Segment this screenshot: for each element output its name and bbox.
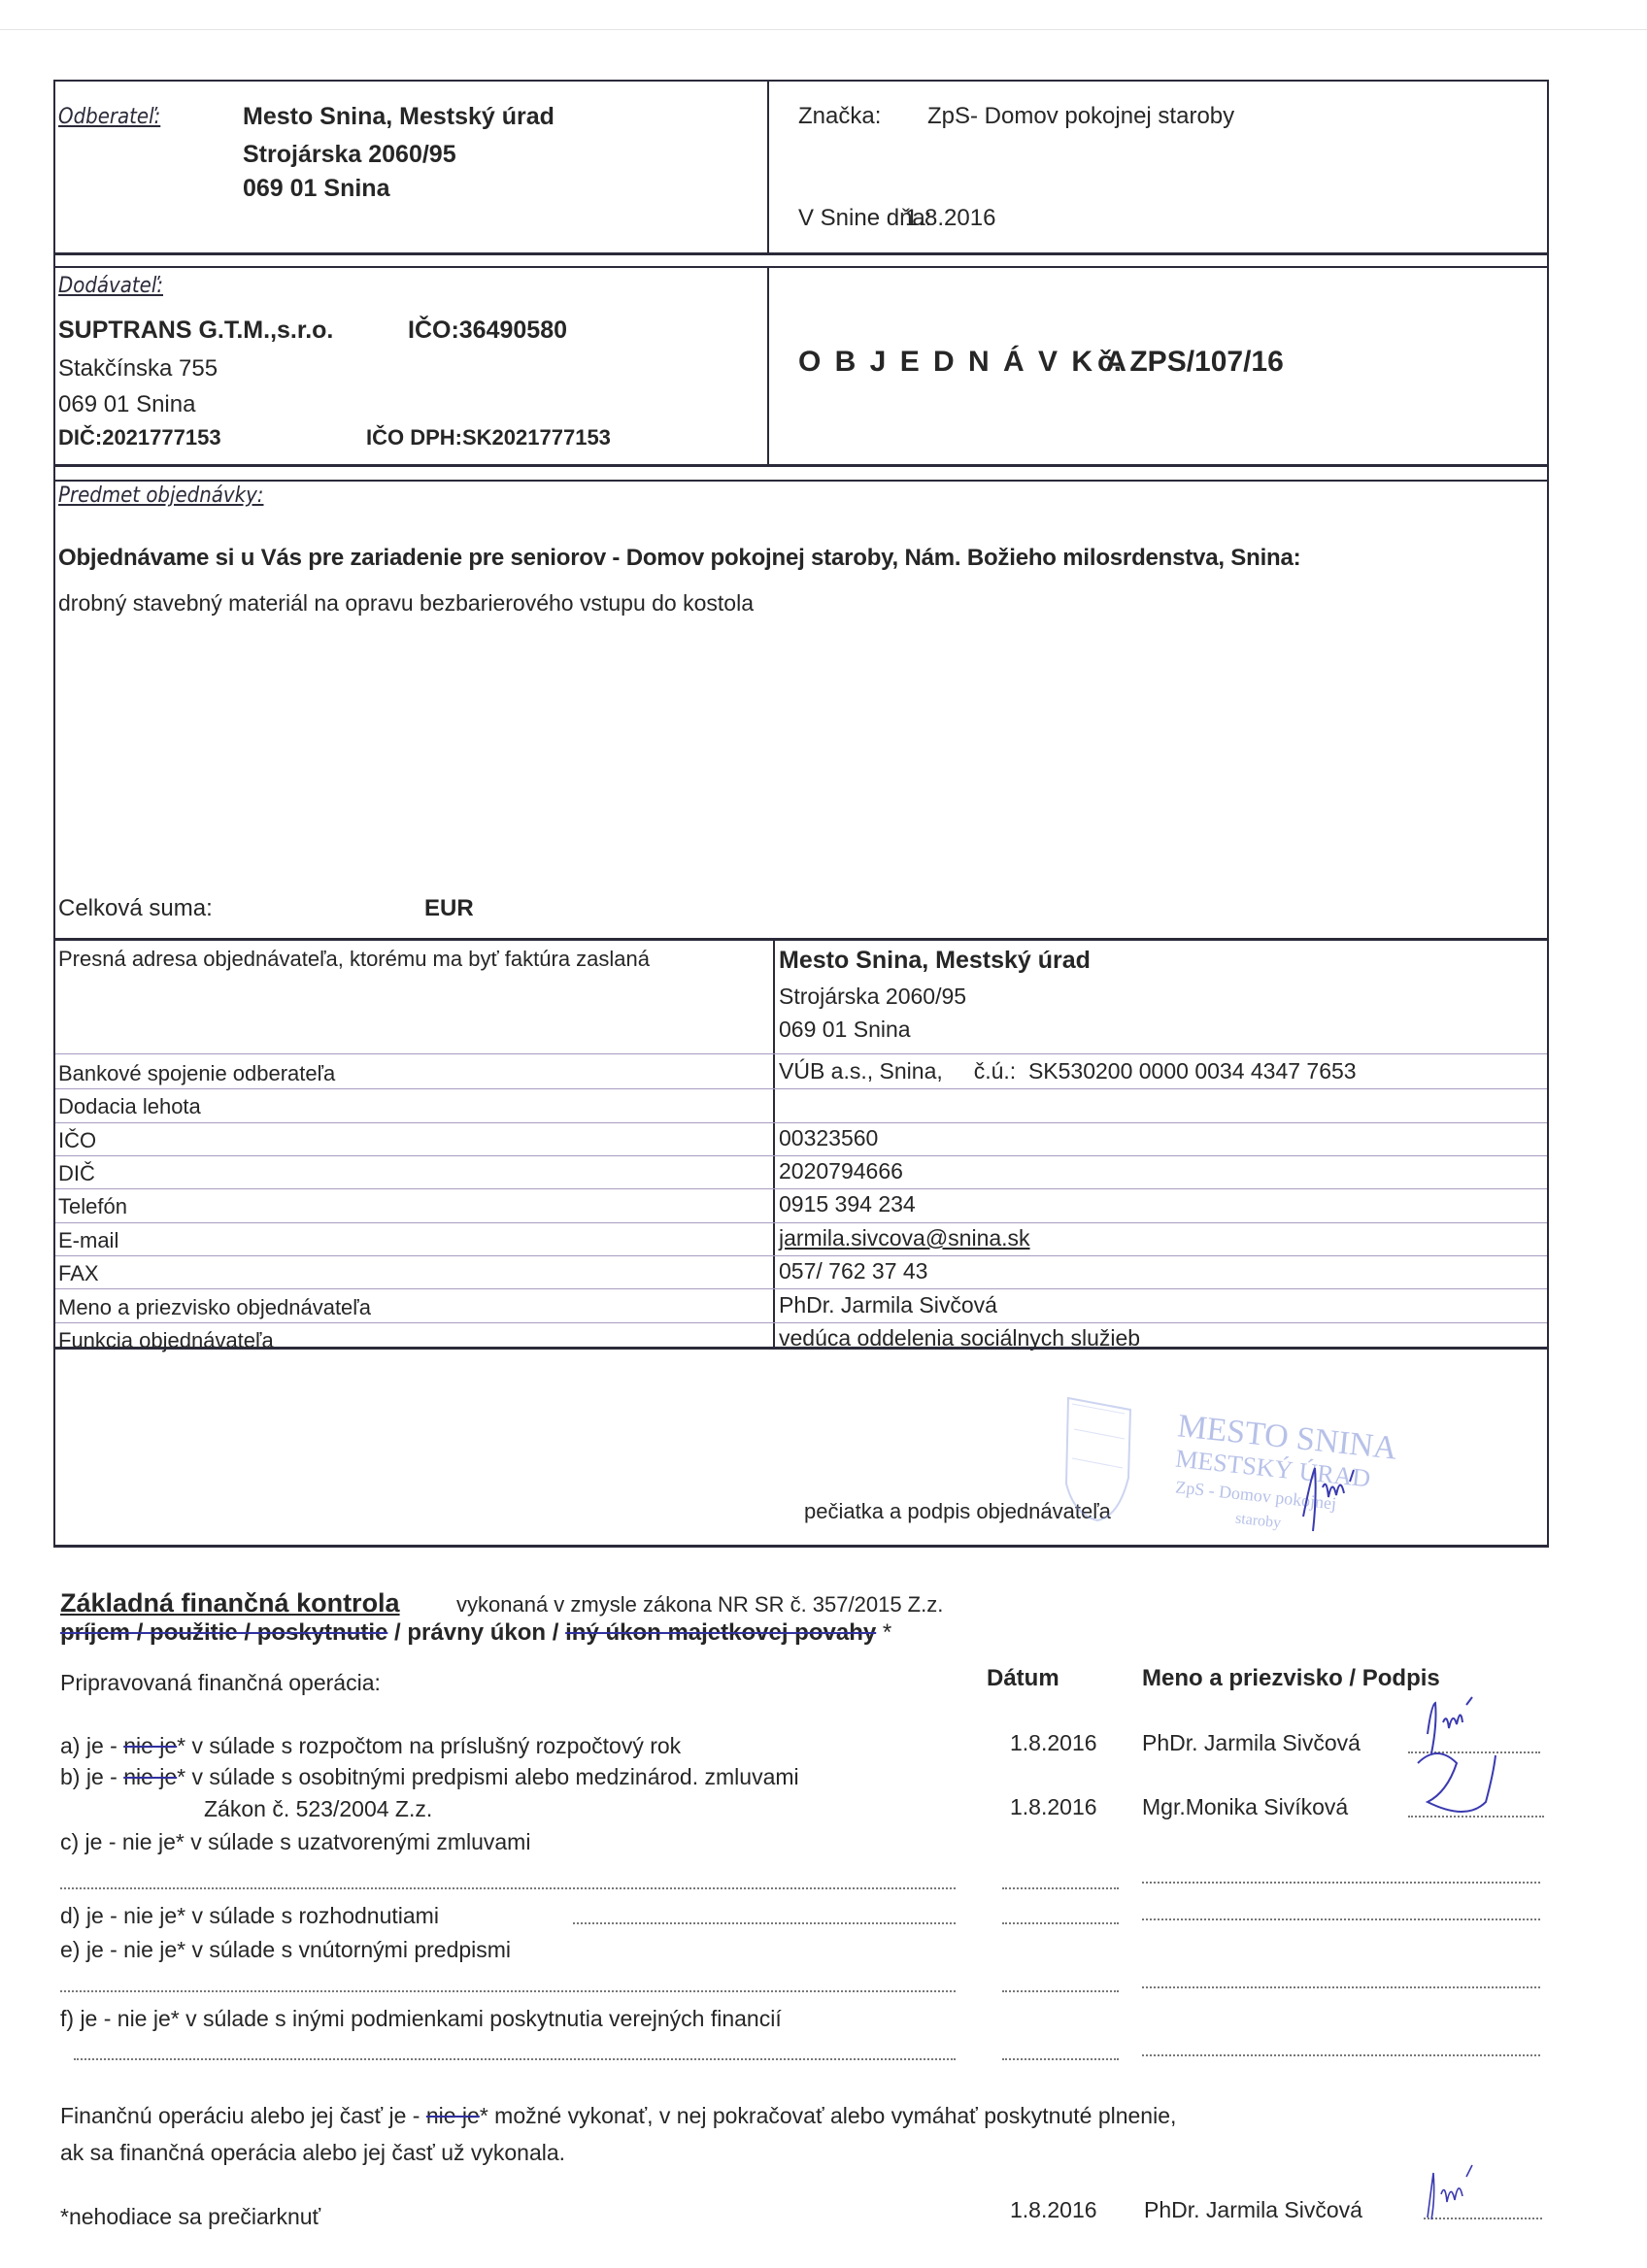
row-separator — [55, 1255, 1547, 1256]
item-e-text: * v súlade s vnútornými predpismi — [177, 1937, 511, 1962]
detail-label-email: E-mail — [58, 1228, 118, 1253]
item-e-prefix: e) je - nie je — [60, 1937, 177, 1962]
footnote: *nehodiace sa prečiarknuť — [60, 2204, 320, 2230]
item-b-subtext: Zákon č. 523/2004 Z.z. — [204, 1796, 432, 1822]
subject-top-line — [53, 480, 1549, 482]
final-struck: nie je — [426, 2103, 480, 2128]
mark-value: ZpS- Domov pokojnej staroby — [927, 103, 1234, 130]
control-title-suffix: vykonaná v zmysle zákona NR SR č. 357/20… — [456, 1592, 943, 1618]
invoice-street: Strojárska 2060/95 — [779, 984, 966, 1010]
coat-of-arms-icon — [1060, 1390, 1138, 1526]
column-header-name: Meno a priezvisko / Podpis — [1142, 1665, 1440, 1692]
item-e-signature-line[interactable] — [1142, 1986, 1540, 1988]
date-value: 1.8.2016 — [905, 205, 995, 232]
subject-intro: Objednávame si u Vás pre zariadenie pre … — [58, 545, 1300, 572]
subject-label: Predmet objednávky: — [58, 484, 263, 508]
stamp-text-line4: staroby — [1234, 1511, 1282, 1533]
row-separator — [55, 1088, 1547, 1089]
item-c-date-line[interactable] — [1002, 1887, 1119, 1889]
control-title: Základná finančná kontrola — [60, 1588, 400, 1618]
detail-value-orderer-name: PhDr. Jarmila Sivčová — [779, 1292, 997, 1318]
item-c-signature-line[interactable] — [1142, 1882, 1540, 1884]
item-a-text: * v súlade s rozpočtom na príslušný rozp… — [177, 1733, 681, 1758]
detail-value-email[interactable]: jarmila.sivcova@snina.sk — [779, 1225, 1030, 1251]
customer-label: Odberateľ: — [58, 105, 160, 129]
customer-city: 069 01 Snina — [243, 175, 389, 203]
item-b-name: Mgr.Monika Sivíková — [1142, 1794, 1348, 1820]
invoice-name: Mesto Snina, Mestský úrad — [779, 947, 1091, 975]
operation-label: Pripravovaná finančná operácia: — [60, 1670, 381, 1696]
final-date: 1.8.2016 — [1010, 2197, 1097, 2223]
header-divider — [767, 82, 769, 252]
item-f-text-line[interactable] — [74, 2058, 956, 2060]
item-a-name: PhDr. Jarmila Sivčová — [1142, 1730, 1361, 1756]
invoice-city: 069 01 Snina — [779, 1017, 911, 1043]
supplier-name: SUPTRANS G.T.M.,s.r.o. — [58, 317, 333, 345]
item-f-date-line[interactable] — [1002, 2058, 1119, 2060]
supplier-dic: DIČ:2021777153 — [58, 425, 221, 450]
item-e-text-line[interactable] — [60, 1990, 956, 1992]
final-statement-line2: ak sa finančná operácia alebo jej časť u… — [60, 2140, 565, 2166]
detail-label-bank: Bankové spojenie odberateľa — [58, 1061, 335, 1086]
row-separator — [55, 1155, 1547, 1156]
customer-street: Strojárska 2060/95 — [243, 141, 456, 169]
item-a-date: 1.8.2016 — [1010, 1730, 1097, 1756]
signature-icon — [1420, 2159, 1488, 2227]
supplier-ic-dph: IČO DPH:SK2021777153 — [366, 425, 611, 450]
detail-label-ico: IČO — [58, 1128, 96, 1153]
final-post: * možné vykonať, v nej pokračovať alebo … — [480, 2103, 1177, 2128]
row-separator — [55, 1188, 1547, 1189]
row-separator — [55, 1222, 1547, 1223]
item-b-date: 1.8.2016 — [1010, 1794, 1097, 1820]
detail-value-fax: 057/ 762 37 43 — [779, 1258, 927, 1284]
item-b-text: * v súlade s osobitnými predpismi alebo … — [177, 1764, 798, 1789]
customer-name: Mesto Snina, Mestský úrad — [243, 103, 555, 131]
supplier-ico: IČO:36490580 — [408, 317, 567, 345]
subject-box — [53, 464, 1549, 940]
supplier-city: 069 01 Snina — [58, 391, 195, 418]
item-b-struck: nie je — [123, 1764, 177, 1789]
item-d-text-line[interactable] — [573, 1922, 956, 1924]
supplier-divider — [767, 268, 769, 464]
official-stamp: MESTO SNINA MESTSKÝ ÚRAD ZpS - Domov pok… — [1060, 1390, 1410, 1555]
final-pre: Finančnú operáciu alebo jej časť je - — [60, 2103, 426, 2128]
row-separator — [55, 1288, 1547, 1289]
detail-label-delivery: Dodacia lehota — [58, 1094, 201, 1119]
detail-value-phone: 0915 394 234 — [779, 1191, 916, 1217]
row-separator — [55, 1322, 1547, 1323]
item-c-prefix: c) je - nie je — [60, 1829, 176, 1854]
mark-label: Značka: — [798, 103, 881, 130]
control-type-asterisk: * — [876, 1619, 891, 1646]
item-d-signature-line[interactable] — [1142, 1918, 1540, 1920]
item-a-prefix: a) je - — [60, 1733, 123, 1758]
control-item-f: f) je - nie je* v súlade s inými podmien… — [60, 2006, 782, 2032]
control-type-struck-2: iný úkon majetkovej povahy — [565, 1619, 876, 1646]
control-item-c: c) je - nie je* v súlade s uzatvorenými … — [60, 1829, 530, 1855]
control-item-a: a) je - nie je* v súlade s rozpočtom na … — [60, 1733, 681, 1759]
control-type-line: príjem / použitie / poskytnutie / právny… — [60, 1619, 891, 1647]
page-top-edge — [0, 29, 1647, 30]
detail-label-dic: DIČ — [58, 1161, 95, 1186]
control-type-struck-1: príjem / použitie / poskytnutie — [60, 1619, 387, 1646]
control-type-sep-1: / — [387, 1619, 407, 1646]
detail-value-bank: VÚB a.s., Snina, č.ú.: SK530200 0000 003… — [779, 1058, 1357, 1084]
item-f-text: * v súlade s inými podmienkami poskytnut… — [171, 2006, 782, 2031]
control-type-active: právny úkon — [407, 1619, 546, 1646]
control-type-sep-2: / — [546, 1619, 565, 1646]
item-e-date-line[interactable] — [1002, 1990, 1119, 1992]
detail-label-phone: Telefón — [58, 1194, 127, 1219]
order-title: O B J E D N Á V K A — [798, 346, 1129, 379]
final-statement: Finančnú operáciu alebo jej časť je - ni… — [60, 2103, 1176, 2129]
item-f-prefix: f) je - nie je — [60, 2006, 171, 2031]
detail-label-orderer-name: Meno a priezvisko objednávateľa — [58, 1295, 371, 1320]
supplier-top-line — [53, 266, 1549, 268]
item-d-text: * v súlade s rozhodnutiami — [177, 1903, 439, 1928]
column-header-date: Dátum — [987, 1665, 1059, 1692]
total-label: Celková suma: — [58, 895, 213, 922]
control-item-d: d) je - nie je* v súlade s rozhodnutiami — [60, 1903, 439, 1929]
item-c-text: * v súlade s uzatvorenými zmluvami — [176, 1829, 531, 1854]
item-f-signature-line[interactable] — [1142, 2054, 1540, 2056]
detail-value-dic: 2020794666 — [779, 1158, 903, 1184]
supplier-street: Stakčínska 755 — [58, 355, 218, 383]
row-separator — [55, 1122, 1547, 1123]
item-d-date-line[interactable] — [1002, 1922, 1119, 1924]
detail-label-fax: FAX — [58, 1261, 99, 1286]
order-number: č. ZPS/107/16 — [1097, 346, 1284, 379]
final-name: PhDr. Jarmila Sivčová — [1144, 2197, 1362, 2223]
control-item-b: b) je - nie je* v súlade s osobitnými pr… — [60, 1764, 799, 1790]
signature-icon — [1398, 1695, 1515, 1821]
subject-item: drobný stavebný materiál na opravu bezba… — [58, 590, 754, 617]
item-c-text-line[interactable] — [60, 1887, 956, 1889]
row-separator — [55, 1053, 1547, 1054]
total-currency: EUR — [424, 895, 474, 922]
item-b-prefix: b) je - — [60, 1764, 123, 1789]
supplier-label: Dodávateľ: — [58, 274, 163, 298]
item-a-struck: nie je — [123, 1733, 177, 1758]
detail-value-ico: 00323560 — [779, 1125, 878, 1151]
details-divider — [773, 940, 775, 1348]
item-d-prefix: d) je - nie je — [60, 1903, 177, 1928]
control-item-e: e) je - nie je* v súlade s vnútornými pr… — [60, 1937, 511, 1963]
invoice-address-label: Presná adresa objednávateľa, ktorému ma … — [58, 947, 650, 972]
signature-icon — [1294, 1458, 1371, 1536]
